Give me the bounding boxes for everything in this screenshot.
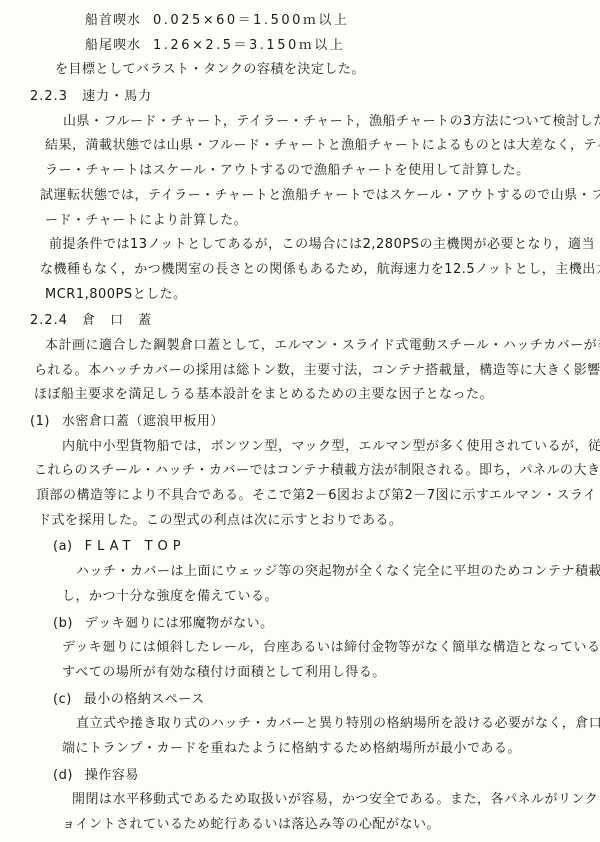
document-page: 船首喫水0.025×60＝1.500ｍ以上 船尾喫水1.26×2.5＝3.150… xyxy=(0,0,600,842)
item-a-label: (a) xyxy=(53,539,73,554)
text-line: 前提条件では13ノットとしてあるが，この場合には2,280PSの主機関が必要とな… xyxy=(49,233,600,258)
item-b-label: (b) xyxy=(53,616,73,631)
subsection-1-label: (1) xyxy=(30,414,50,429)
text-line: し，かつ十分な強度を備えている。 xyxy=(62,585,600,610)
item-b-heading: (b)デッキ廻りには邪魔物がない。 xyxy=(53,612,600,637)
text-line: 結果，満載状態では山県・フルード・チャートと漁船チャートによるものとは大差なく，… xyxy=(45,134,600,159)
formula-bow-draft-label: 船首喫水 xyxy=(85,13,141,28)
text-line: ラー・チャートはスケール・アウトするので漁船チャートを使用して計算した。 xyxy=(45,159,600,184)
text-line: デッキ廻りには傾斜したレール，台座あるいは締付金物等がなく簡単な構造となっている… xyxy=(62,636,600,661)
text-line: 頂部の構造等により不具合である。そこで第2－6図および第2－7図に示すエルマン・… xyxy=(36,484,600,509)
text-line: られる。本ハッチカバーの採用は総トン数，主要寸法，コンテナ搭載量，構造等に大きく… xyxy=(34,359,600,384)
section-2-2-4-number: 2.2.4 xyxy=(30,313,68,328)
subsection-1-heading: (1)水密倉口蓋（遮浪甲板用） xyxy=(30,410,600,435)
item-a-heading: (a)FLAT TOP xyxy=(53,535,600,560)
formula-bow-draft-expr: 0.025×60＝1.500ｍ以上 xyxy=(153,13,349,28)
text-line: 直立式や捲き取り式のハッチ・カバーと異り特別の格納場所を設ける必要がなく，倉口の… xyxy=(76,712,600,737)
formula-stern-draft-label: 船尾喫水 xyxy=(85,38,141,53)
text-line: 山県・フルード・チャート，テイラー・チャート，漁船チャートの3方法について検討し… xyxy=(63,110,600,135)
text-line: すべての場所が有効な積付け面積として利用し得る。 xyxy=(62,661,600,686)
section-2-2-3-heading: 2.2.3速力・馬力 xyxy=(30,85,600,110)
text-line: ド式を採用した。この型式の利点は次に示すとおりである。 xyxy=(38,509,600,534)
text-line: これらのスチール・ハッチ・カバーではコンテナ積載方法が制限される。即ち，パネルの… xyxy=(34,459,600,484)
section-2-2-3-title: 速力・馬力 xyxy=(82,89,152,104)
ballast-note-line: を目標としてバラスト・タンクの容積を決定した。 xyxy=(55,58,600,83)
item-d-label: (d) xyxy=(53,768,73,783)
section-2-2-3-number: 2.2.3 xyxy=(30,89,68,104)
item-b-title: デッキ廻りには邪魔物がない。 xyxy=(85,616,274,631)
item-c-label: (c) xyxy=(53,692,72,707)
formula-stern-draft: 船尾喫水1.26×2.5＝3.150ｍ以上 xyxy=(85,34,600,59)
text-line: ほぼ船主要求を満足しうる基本設計をまとめるための主要な因子となった。 xyxy=(34,383,600,408)
section-2-2-4-title: 倉 口 蓋 xyxy=(82,313,152,328)
text-line: MCR1,800PSとした。 xyxy=(45,283,600,308)
text-line: 試運転状態では，テイラー・チャートと漁船チャートではスケール・アウトするので山県… xyxy=(40,184,600,209)
text-line: 本計画に適合した鋼製倉口蓋として，エルマン・スライド式電動スチール・ハッチカバー… xyxy=(45,334,600,359)
item-d-title: 操作容易 xyxy=(85,768,139,783)
text-line: 内航中小型貨物船では，ボンツン型，マック型，エルマン型が多く使用されているが，従… xyxy=(62,435,600,460)
item-a-title: FLAT TOP xyxy=(85,539,186,554)
text-line: ョイントされているため蛇行あるいは落込み等の心配がない。 xyxy=(62,813,600,838)
item-c-title: 最小の格納スペース xyxy=(84,692,205,707)
item-c-heading: (c)最小の格納スペース xyxy=(53,688,600,713)
subsection-1-title: 水密倉口蓋（遮浪甲板用） xyxy=(62,414,224,429)
text-line: ード・チャートにより計算した。 xyxy=(45,209,600,234)
text-line: ハッチ・カバーは上面にウェッジ等の突起物が全くなく完全に平坦のためコンテナ積載に… xyxy=(76,560,600,585)
formula-bow-draft: 船首喫水0.025×60＝1.500ｍ以上 xyxy=(85,9,600,34)
item-d-heading: (d)操作容易 xyxy=(53,764,600,789)
text-line: な機種もなく，かつ機関室の長さとの関係もあるため，航海速力を12.5ノットとし，… xyxy=(40,258,600,283)
formula-stern-draft-expr: 1.26×2.5＝3.150ｍ以上 xyxy=(153,38,345,53)
text-line: 端にトランプ・カードを重ねたように格納するため格納場所が最小である。 xyxy=(62,737,600,762)
text-line: 開閉は水平移動式であるため取扱いが容易，かつ安全である。また，各パネルがリンク・… xyxy=(72,788,600,813)
section-2-2-4-heading: 2.2.4倉 口 蓋 xyxy=(30,309,600,334)
